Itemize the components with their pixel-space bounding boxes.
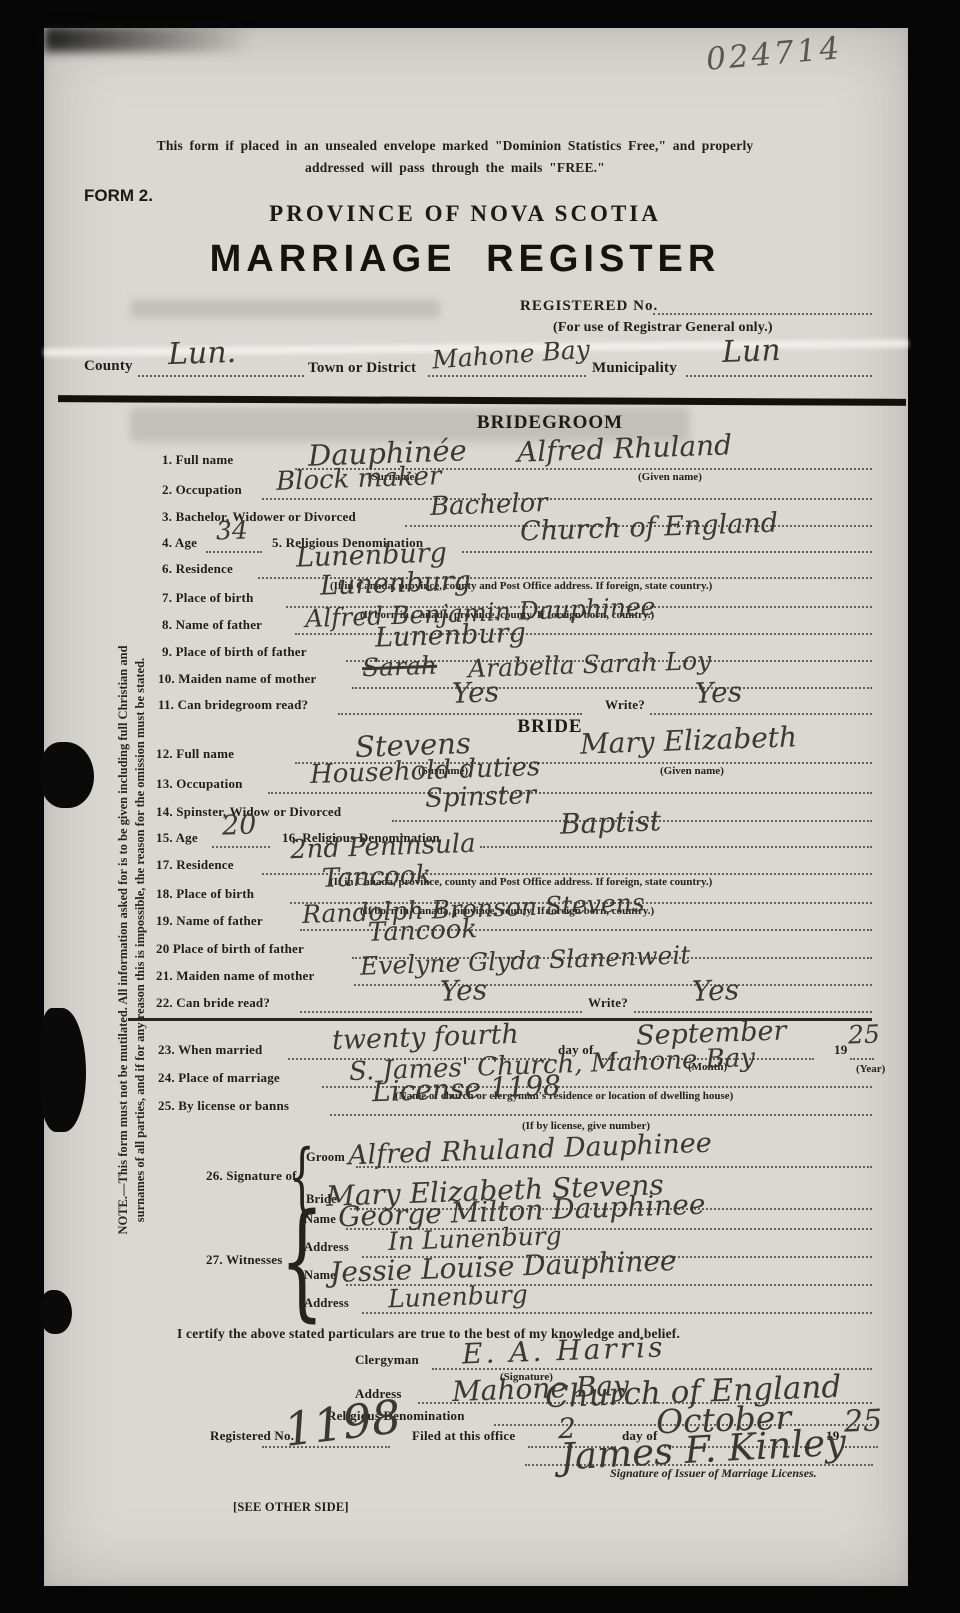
mailing-notice-line1: This form if placed in an unsealed envel… [105,138,805,154]
bride-can-write-value: Yes [691,973,739,1008]
bride-fullname-label: 12. Full name [156,746,234,762]
dotted-line [686,375,872,377]
scan-blob-left-3 [40,1290,72,1334]
dotted-line [653,313,872,315]
bride-mother-label: 21. Maiden name of mother [156,968,314,984]
year-prefix-label: 19 [834,1042,847,1058]
town-district-label: Town or District [308,360,416,377]
license-value: License 1198 [371,1069,561,1109]
witness1-name-label: Name [304,1212,336,1227]
bride-residence-label: 17. Residence [156,857,234,873]
margin-note-line1: NOTE.—This form must not be mutilated. A… [115,590,132,1290]
dotted-line [842,1446,878,1448]
dotted-line [206,551,262,553]
groom-father-birthplace-value: Lunenburg [375,617,527,653]
license-or-banns-label: 25. By license or banns [158,1098,289,1114]
scan-blob-left-1 [40,742,94,808]
dotted-line [330,1114,872,1116]
filed-year-value: 25 [843,1403,882,1439]
dotted-line [212,846,270,848]
bride-age-label: 15. Age [156,830,198,846]
groom-father-label: 8. Name of father [162,617,262,633]
givenname-caption: (Given name) [660,765,724,777]
dotted-line [338,713,582,715]
bride-status-value: Spinster [425,780,537,814]
signature-of-label: 26. Signature of [206,1168,297,1184]
groom-age-value: 34 [216,515,249,545]
bride-father-birthplace-value: Tancook [368,914,478,948]
dotted-line [650,713,872,715]
bride-religion-value: Baptist [559,804,661,841]
margin-note-vertical: NOTE.—This form must not be mutilated. A… [115,590,149,1290]
groom-mother-struck-value: Sarah [362,651,438,683]
witness2-address-value: Lunenburg [388,1280,529,1314]
mailing-notice-line2: addressed will pass through the mails "F… [105,160,805,176]
dotted-line [480,846,872,848]
when-married-day-value: twenty fourth [332,1019,520,1057]
main-title: MARRIAGE REGISTER [75,238,855,281]
municipality-label: Municipality [592,360,677,377]
groom-occupation-value: Block maker [276,461,442,497]
dotted-line [138,375,304,377]
bride-birthplace-label: 18. Place of birth [156,886,254,902]
province-title: PROVINCE OF NOVA SCOTIA [115,201,815,227]
issuer-signature-caption: Signature of Issuer of Marriage Licenses… [610,1466,817,1481]
bride-occupation-label: 13. Occupation [156,776,243,792]
bride-can-read-label: 22. Can bride read? [156,995,270,1011]
dotted-line [428,375,586,377]
dotted-line [268,792,872,794]
groom-signature-label: Groom [306,1150,345,1165]
scan-blob-left-2 [40,1008,86,1132]
groom-fullname-label: 1. Full name [162,452,233,468]
bride-birthplace-value: Tancook [322,860,432,894]
registered-no-label: REGISTERED No. [520,298,658,315]
bride-father-label: 19. Name of father [156,913,263,929]
groom-residence-label: 6. Residence [162,561,233,577]
bride-father-birthplace-label: 20 Place of birth of father [156,941,304,957]
bride-age-value: 20 [221,809,256,841]
scan-smudge-top-left [44,26,254,52]
groom-age-label: 4. Age [162,535,197,551]
when-married-label: 23. When married [158,1042,262,1058]
witnesses-label: 27. Witnesses [206,1252,283,1268]
marriage-year-value: 25 [848,1019,881,1049]
bride-write-label: Write? [588,995,628,1011]
groom-father-birthplace-label: 9. Place of birth of father [162,644,307,660]
municipality-value: Lun [721,333,781,370]
groom-birthplace-value: Lunenburg [320,565,472,601]
groom-occupation-label: 2. Occupation [162,482,242,498]
groom-can-write-value: Yes [694,675,742,710]
groom-birthplace-label: 7. Place of birth [162,590,254,606]
groom-status-label: 3. Bachelor, Widower or Divorced [162,509,356,525]
bridegroom-heading: BRIDEGROOM [200,412,900,434]
groom-can-read-label: 11. Can bridegroom read? [158,697,308,713]
dotted-line [462,551,872,553]
dotted-line [634,1011,872,1013]
dotted-line [850,1058,874,1060]
groom-mother-label: 10. Maiden name of mother [158,671,316,687]
place-of-marriage-label: 24. Place of marriage [158,1070,280,1086]
dotted-line [362,1312,872,1314]
county-label: County [84,358,133,375]
registered-no-bottom-label: Registered No. [210,1428,294,1444]
witness2-address-label: Address [304,1296,349,1311]
margin-note-line2: surnames of all parties, and if for any … [132,590,149,1290]
print-bleed-through-1 [130,300,440,318]
dotted-line [352,687,872,689]
dotted-line [300,1011,582,1013]
year-caption: (Year) [856,1063,885,1075]
clergyman-label: Clergyman [355,1352,419,1368]
givenname-caption: (Given name) [638,471,702,483]
county-value: Lun. [167,335,236,372]
filed-at-office-label: Filed at this office [412,1428,515,1444]
groom-write-label: Write? [605,697,645,713]
see-other-side-label: [SEE OTHER SIDE] [233,1500,349,1515]
scanned-marriage-register: 024714 This form if placed in an unseale… [0,0,960,1613]
groom-can-read-value: Yes [451,675,499,710]
dotted-line [262,498,872,500]
witness1-address-label: Address [304,1240,349,1255]
bride-can-read-value: Yes [439,973,487,1008]
dotted-line [354,984,872,986]
